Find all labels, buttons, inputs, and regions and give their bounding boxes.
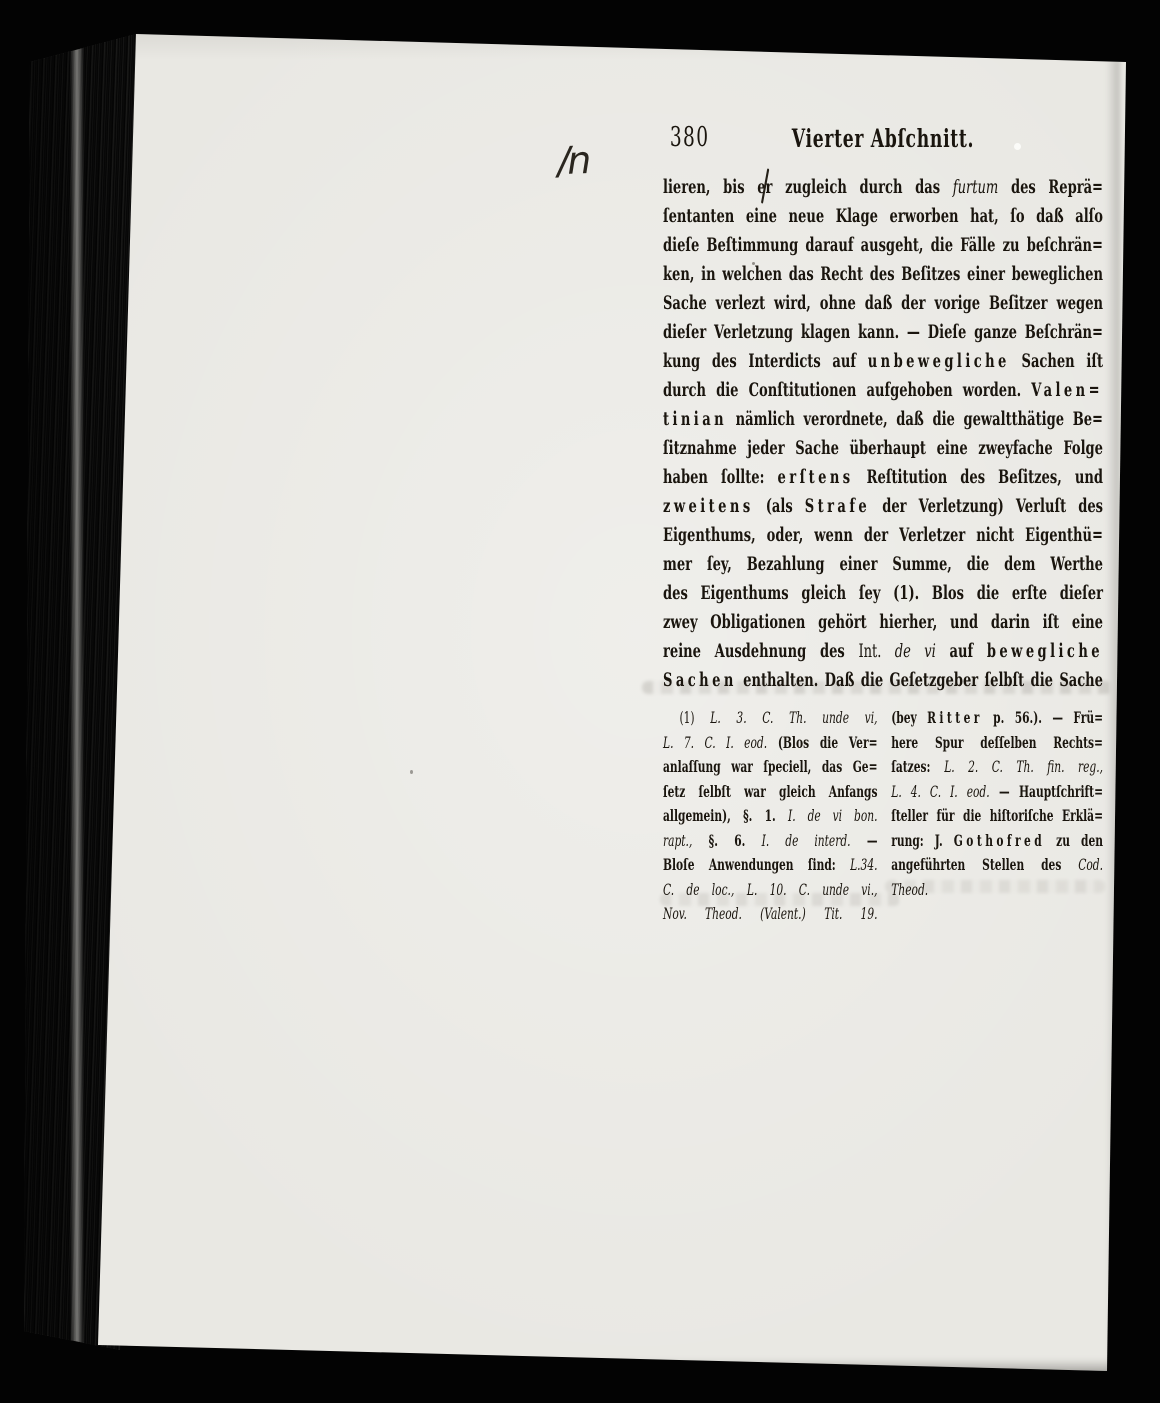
latin-citation: L. 10. C. unde vi., [747,881,878,899]
fraktur-text: unbewegliche [868,350,1010,372]
latin-citation: L. 4. C. I. eod. [891,783,989,801]
fraktur-text: Ritter [927,708,983,727]
fraktur-text: here Spur deſſelben Rechts= [891,733,1103,752]
fraktur-text: mer ſey, Bezahlung einer Summe, die dem … [663,553,1103,575]
latin-citation: de vi [881,640,935,662]
text-line: mer ſey, Bezahlung einer Summe, die dem … [663,550,1103,579]
latin-citation: L. 3. C. Th. unde vi, [710,709,877,727]
fraktur-text: angeführten Stellen des [891,855,1078,874]
text-line: (1) L. 3. C. Th. unde vi, [663,706,878,731]
text-line: (bey Ritter p. 56.). — Frü= [891,706,1103,731]
fraktur-text: nämlich verordnete, daß die gewaltthätig… [727,408,1103,430]
text-line: Nov. Theod. (Valent.) Tit. 19. [663,902,878,927]
fraktur-text: des Eigenthums gleich ſey (1). Blos die … [663,582,1103,604]
fraktur-text: — Hauptſchrift= [990,782,1103,801]
book-page: /n 380 Vierter Abſchnitt. lieren, bis er… [0,0,1160,1403]
text-line: L. 7. C. I. eod. (Blos die Ver= [663,731,878,756]
fraktur-text: (1) [680,709,711,727]
footnote-column-right: (bey Ritter p. 56.). — Frü=here Spur deſ… [891,706,1103,927]
fraktur-text: Strafe [805,495,870,517]
text-line: zwey Obligationen gehört hierher, und da… [663,608,1103,637]
text-line: allgemein), §. 1. I. de vi bon. [663,804,878,829]
latin-citation: L. 2. C. Th. fin. reg., [944,758,1103,776]
text-line: L. 4. C. I. eod. — Hauptſchrift= [891,780,1103,805]
fraktur-text: reine Ausdehnung des [663,640,858,662]
fraktur-text: zugleich durch das [772,176,952,198]
text-line: ſitznahme jeder Sache überhaupt eine zwe… [663,434,1103,463]
fraktur-text: Sachen [663,669,737,691]
text-line: Bloſe Anwendungen ſind: L.34. [663,853,878,878]
fraktur-text: Bloſe Anwendungen ſind: [663,855,850,874]
text-line: C. de loc., L. 10. C. unde vi., [663,878,878,903]
footnotes: (1) L. 3. C. Th. unde vi,L. 7. C. I. eod… [663,706,1103,927]
text-line: reine Ausdehnung des Int. de vi auf bewe… [663,637,1103,666]
text-line: Theod. [891,878,1103,903]
fraktur-text: Eigenthums, oder, wenn der Verletzer nic… [663,524,1103,546]
body-text: lieren, bis er zugleich durch das furtum… [663,173,1103,695]
fraktur-text: (Blos die Ver= [767,733,877,752]
latin-citation: Tit. 19. [824,905,877,923]
text-line: lieren, bis er zugleich durch das furtum… [663,173,1103,202]
handwritten-margin-note: /n [557,137,620,219]
fraktur-text: (als [754,495,805,517]
fraktur-text: ſatzes: [891,757,944,776]
fraktur-text [734,880,747,899]
text-line: ken, in welchen das Recht des Beſitzes e… [663,260,1103,289]
latin-citation: Theod. [891,881,928,899]
fraktur-text: zu den [1045,831,1103,850]
text-line: here Spur deſſelben Rechts= [891,731,1103,756]
fraktur-text: durch die Conſtitutionen aufgehoben word… [663,379,1031,401]
fraktur-text: erſtens [778,466,854,488]
latin-citation: L. 7. C. I. eod. [663,734,767,752]
fraktur-text: §. 6. [692,831,761,850]
page-header: 380 Vierter Abſchnitt. [663,122,1103,156]
fraktur-text: Gothofred [954,831,1045,850]
page-edge-highlight [70,0,84,1403]
text-line: ſteller für die hiſtoriſche Erklä= [891,804,1103,829]
text-line: Sache verlezt wird, ohne daß der vorige … [663,289,1103,318]
fraktur-text: ſitznahme jeder Sache überhaupt eine zwe… [663,437,1103,459]
text-line: haben ſollte: erſtens Reſtitution des Be… [663,463,1103,492]
fraktur-text: des Reprä= [998,176,1103,198]
fraktur-text: rung: J. [891,831,954,850]
fraktur-text: bewegliche [987,640,1103,662]
fraktur-text: lieren, bis [663,176,757,198]
fraktur-text: tinian [663,408,727,430]
text-line: dieſer Verletzung klagen kann. — Dieſe g… [663,318,1103,347]
fraktur-text: auf [936,640,987,662]
fraktur-text: Valen= [1031,379,1103,401]
latin-citation: Cod. [1078,856,1103,874]
fraktur-text: allgemein), §. 1. [663,806,788,825]
text-line: Sachen enthalten. Daß die Geſetzgeber ſe… [663,666,1103,695]
text-line: tinian nämlich verordnete, daß die gewal… [663,405,1103,434]
text-line: rapt., §. 6. I. de interd. — [663,829,878,854]
text-line: kung des Interdicts auf unbewegliche Sac… [663,347,1103,376]
fraktur-text: Int. [858,640,881,662]
text-line: durch die Conſtitutionen aufgehoben word… [663,376,1103,405]
latin-citation: L.34. [850,856,877,874]
page-content: 380 Vierter Abſchnitt. lieren, bis er zu… [663,122,1103,927]
latin-citation: furtum [953,176,999,198]
running-title: Vierter Abſchnitt. [663,124,1103,153]
page-right-shadow [1106,60,1120,1373]
text-line: angeführten Stellen des Cod. [891,853,1103,878]
latin-citation: I. de vi bon. [788,807,877,825]
fraktur-text: — [851,831,878,850]
text-line: des Eigenthums gleich ſey (1). Blos die … [663,579,1103,608]
latin-citation: rapt., [663,832,692,850]
text-line: Eigenthums, oder, wenn der Verletzer nic… [663,521,1103,550]
fraktur-text: Reſtitution des Beſitzes, und [854,466,1103,488]
text-line: ſetz ſelbſt war gleich Anfangs [663,780,878,805]
fraktur-text: haben ſollte: [663,466,778,488]
text-line: zweitens (als Strafe der Verletzung) Ver… [663,492,1103,521]
fraktur-text: der Verletzung) Verluſt des [870,495,1103,517]
fraktur-text [806,904,824,923]
fraktur-text: anlaſſung war ſpeciell, das Ge= [663,757,878,776]
fraktur-text: ſteller für die hiſtoriſche Erklä= [891,806,1103,825]
text-line: ſentanten eine neue Klage erworben hat, … [663,202,1103,231]
book-scan: /n 380 Vierter Abſchnitt. lieren, bis er… [0,0,1160,1403]
latin-citation: Nov. Theod. (Valent.) [663,905,806,923]
footnote-column-left: (1) L. 3. C. Th. unde vi,L. 7. C. I. eod… [663,706,878,927]
fraktur-text: Sachen iſt [1010,350,1103,372]
fraktur-text: ſentanten eine neue Klage erworben hat, … [663,205,1103,227]
latin-citation: C. de loc., [663,881,734,899]
fraktur-text: zwey Obligationen gehört hierher, und da… [663,611,1103,633]
text-line: ſatzes: L. 2. C. Th. fin. reg., [891,755,1103,780]
fraktur-text: ſetz ſelbſt war gleich Anfangs [663,782,878,801]
text-line: dieſe Beſtimmung darauf ausgeht, die Fäl… [663,231,1103,260]
dust-speck [410,770,413,774]
fraktur-text: Sache verlezt wird, ohne daß der vorige … [663,292,1103,314]
text-line: rung: J. Gothofred zu den [891,829,1103,854]
latin-citation: I. de interd. [762,832,851,850]
text-line: anlaſſung war ſpeciell, das Ge= [663,755,878,780]
fraktur-text: dieſe Beſtimmung darauf ausgeht, die Fäl… [663,234,1103,256]
fraktur-text: ken, in welchen das Recht des Beſitzes e… [663,263,1103,285]
fraktur-text: kung des Interdicts auf [663,350,868,372]
fraktur-text: (bey [891,708,927,727]
fraktur-text: p. 56.). — Frü= [983,708,1103,727]
fraktur-text: zweitens [663,495,754,517]
page-bottom-shadow [90,1359,1120,1381]
fraktur-text: enthalten. Daß die Geſetzgeber ſelbſt di… [737,669,1103,691]
fraktur-text: dieſer Verletzung klagen kann. — Dieſe g… [663,321,1103,343]
fraktur-text: er [757,176,772,198]
